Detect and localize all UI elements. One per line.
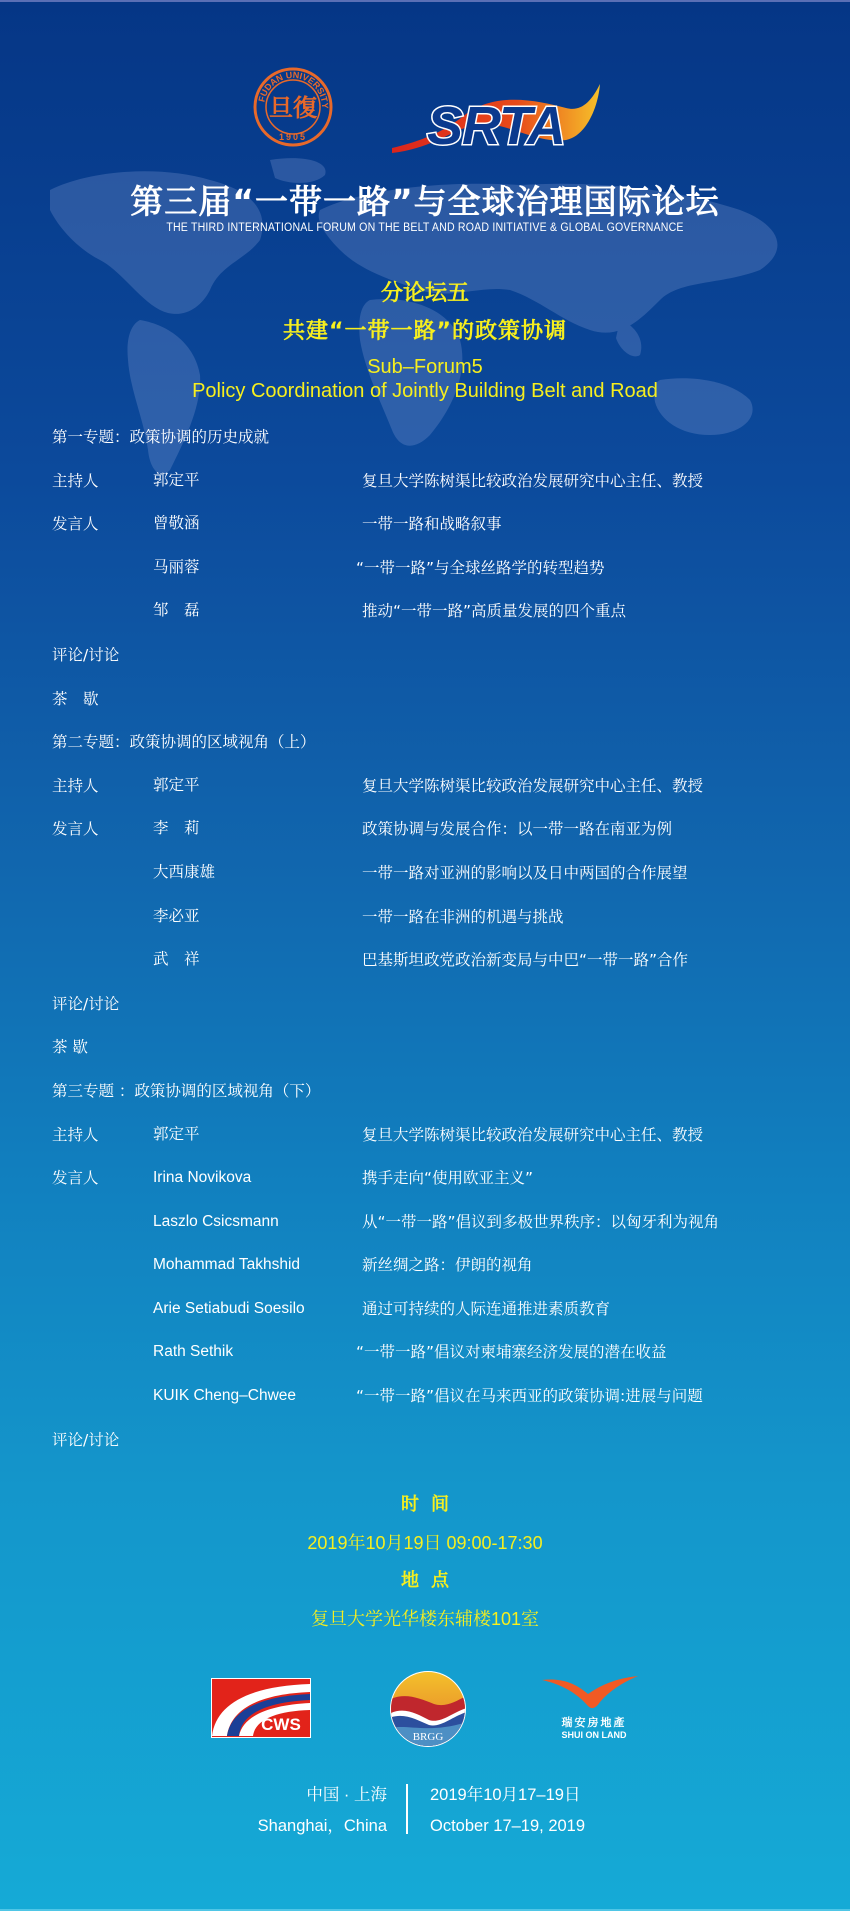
agenda-label: 茶 歇 [52, 687, 99, 711]
person-name: 曾敬涵 [153, 512, 200, 536]
talk-title: 从“一带一路”倡议到多极世界秩序：以匈牙利为视角 [362, 1210, 719, 1234]
subforum-title-en: Policy Coordination of Jointly Building … [0, 380, 850, 403]
role-label: 发言人 [52, 1166, 99, 1190]
talk-title: 一带一路对亚洲的影响以及日中两国的合作展望 [362, 861, 688, 885]
person-name: 武 祥 [153, 948, 200, 972]
brgg-logo: BRGG [389, 1670, 467, 1748]
sponsor-logos: CWS BRGG 瑞安房地產 SHUI ON LAND [0, 1670, 850, 1760]
talk-title: 一带一路和战略叙事 [362, 512, 502, 536]
person-name: 马丽蓉 [153, 556, 200, 580]
top-border [0, 0, 850, 2]
agenda-list: 第一专题：政策协调的历史成就 主持人郭定平复旦大学陈树渠比较政治发展研究中心主任… [52, 425, 832, 1471]
agenda-label: 评论/讨论 [52, 992, 119, 1016]
cws-logo: CWS [211, 1678, 311, 1738]
place-label: 地点 [0, 1569, 850, 1607]
date-cn: 2019年10月17–19日 [430, 1780, 585, 1811]
time-label: 时间 [0, 1493, 850, 1531]
talk-title: 推动“一带一路”高质量发展的四个重点 [362, 599, 626, 623]
footer-dates: 2019年10月17–19日 October 17–19, 2019 [430, 1780, 585, 1842]
agenda-row-speaker: KUIK Cheng–Chwee“一带一路”倡议在马来西亚的政策协调:进展与问题 [52, 1384, 832, 1428]
forum-title-cn: 第三届“一带一路”与全球治理国际论坛 [0, 176, 850, 223]
date-en: October 17–19, 2019 [430, 1811, 585, 1842]
agenda-label: 评论/讨论 [52, 643, 119, 667]
talk-title: “一带一路”与全球丝路学的转型趋势 [356, 556, 605, 580]
talk-title: “一带一路”倡议在马来西亚的政策协调:进展与问题 [356, 1384, 703, 1408]
shui-on-land-en: SHUI ON LAND [550, 1730, 638, 1740]
forum-title-en: THE THIRD INTERNATIONAL FORUM ON THE BEL… [34, 222, 816, 234]
talk-title: 复旦大学陈树渠比较政治发展研究中心主任、教授 [362, 469, 703, 493]
agenda-label: 第二专题：政策协调的区域视角（上） [52, 730, 316, 754]
footer-location: 中国 · 上海 Shanghai，China [258, 1780, 387, 1842]
talk-title: “一带一路”倡议对柬埔寨经济发展的潜在收益 [356, 1340, 667, 1364]
talk-title: 复旦大学陈树渠比较政治发展研究中心主任、教授 [362, 1123, 703, 1147]
agenda-row-speaker: 发言人曾敬涵一带一路和战略叙事 [52, 512, 832, 556]
agenda-row-speaker: 邹 磊推动“一带一路”高质量发展的四个重点 [52, 599, 832, 643]
agenda-row-speaker: 马丽蓉“一带一路”与全球丝路学的转型趋势 [52, 556, 832, 600]
fudan-university-logo: FUDAN UNIVERSITY 1905 旦復 [252, 66, 334, 148]
place-value: 复旦大学光华楼东辅楼101室 [0, 1607, 850, 1645]
svg-text:CWS: CWS [261, 1715, 301, 1734]
person-name: 李 莉 [153, 817, 200, 841]
header-logos: FUDAN UNIVERSITY 1905 旦復 SRTA [0, 66, 850, 166]
person-name: Irina Novikova [153, 1166, 251, 1190]
footer: 中国 · 上海 Shanghai，China 2019年10月17–19日 Oc… [0, 1780, 850, 1840]
talk-title: 巴基斯坦政党政治新变局与中巴“一带一路”合作 [362, 948, 688, 972]
location-cn: 中国 · 上海 [258, 1780, 387, 1811]
role-label: 发言人 [52, 817, 99, 841]
agenda-row-speaker: Rath Sethik“一带一路”倡议对柬埔寨经济发展的潜在收益 [52, 1340, 832, 1384]
agenda-row-break: 茶 歇 [52, 1035, 832, 1079]
agenda-row-speaker: 发言人李 莉政策协调与发展合作：以一带一路在南亚为例 [52, 817, 832, 861]
agenda-row-break: 茶 歇 [52, 687, 832, 731]
agenda-row-moderator: 主持人郭定平复旦大学陈树渠比较政治发展研究中心主任、教授 [52, 469, 832, 513]
agenda-row-speaker: Mohammad Takhshid新丝绸之路：伊朗的视角 [52, 1253, 832, 1297]
agenda-row-speaker: Laszlo Csicsmann从“一带一路”倡议到多极世界秩序：以匈牙利为视角 [52, 1210, 832, 1254]
location-en: Shanghai，China [258, 1811, 387, 1842]
person-name: Mohammad Takhshid [153, 1253, 300, 1277]
role-label: 主持人 [52, 1123, 99, 1147]
talk-title: 一带一路在非洲的机遇与挑战 [362, 905, 564, 929]
role-label: 主持人 [52, 774, 99, 798]
talk-title: 新丝绸之路：伊朗的视角 [362, 1253, 533, 1277]
shui-on-land-logo: 瑞安房地產 SHUI ON LAND [540, 1672, 640, 1752]
agenda-row-speaker: 李必亚一带一路在非洲的机遇与挑战 [52, 905, 832, 949]
agenda-section-heading: 第三专题 ：政策协调的区域视角（下） [52, 1079, 832, 1123]
subforum-number-cn: 分论坛五 [0, 276, 850, 307]
agenda-row-speaker: Arie Setiabudi Soesilo通过可持续的人际连通推进素质教育 [52, 1297, 832, 1341]
bird-icon [540, 1672, 640, 1712]
person-name: KUIK Cheng–Chwee [153, 1384, 296, 1408]
svg-text:BRGG: BRGG [413, 1731, 444, 1743]
subforum-number-en: Sub–Forum5 [0, 356, 850, 379]
agenda-row-discussion: 评论/讨论 [52, 992, 832, 1036]
person-name: Rath Sethik [153, 1340, 233, 1364]
agenda-row-speaker: 武 祥巴基斯坦政党政治新变局与中巴“一带一路”合作 [52, 948, 832, 992]
person-name: 大西康雄 [153, 861, 215, 885]
person-name: 李必亚 [153, 905, 200, 929]
person-name: 郭定平 [153, 469, 200, 493]
agenda-row-speaker: 发言人Irina Novikova携手走向“使用欧亚主义” [52, 1166, 832, 1210]
svg-text:旦復: 旦復 [269, 94, 317, 122]
svg-text:1905: 1905 [279, 132, 307, 142]
svg-text:SRTA: SRTA [427, 96, 565, 156]
talk-title: 通过可持续的人际连通推进素质教育 [362, 1297, 610, 1321]
agenda-row-discussion: 评论/讨论 [52, 1428, 832, 1472]
role-label: 发言人 [52, 512, 99, 536]
agenda-row-moderator: 主持人郭定平复旦大学陈树渠比较政治发展研究中心主任、教授 [52, 1123, 832, 1167]
footer-divider [406, 1784, 408, 1834]
agenda-section-heading: 第一专题：政策协调的历史成就 [52, 425, 832, 469]
agenda-label: 第三专题 ：政策协调的区域视角（下） [52, 1079, 320, 1103]
talk-title: 复旦大学陈树渠比较政治发展研究中心主任、教授 [362, 774, 703, 798]
agenda-row-speaker: 大西康雄一带一路对亚洲的影响以及日中两国的合作展望 [52, 861, 832, 905]
time-value: 2019年10月19日 09:00-17:30 [0, 1531, 850, 1569]
srta-logo: SRTA [386, 78, 606, 158]
person-name: Arie Setiabudi Soesilo [153, 1297, 305, 1321]
person-name: 邹 磊 [153, 599, 200, 623]
agenda-label: 第一专题：政策协调的历史成就 [52, 425, 269, 449]
shui-on-land-cn: 瑞安房地產 [554, 1714, 634, 1730]
person-name: Laszlo Csicsmann [153, 1210, 279, 1234]
talk-title: 政策协调与发展合作：以一带一路在南亚为例 [362, 817, 672, 841]
agenda-label: 评论/讨论 [52, 1428, 119, 1452]
subforum-title-cn: 共建“一带一路”的政策协调 [0, 314, 850, 345]
role-label: 主持人 [52, 469, 99, 493]
person-name: 郭定平 [153, 774, 200, 798]
agenda-section-heading: 第二专题：政策协调的区域视角（上） [52, 730, 832, 774]
agenda-label: 茶 歇 [52, 1035, 88, 1059]
person-name: 郭定平 [153, 1123, 200, 1147]
agenda-row-discussion: 评论/讨论 [52, 643, 832, 687]
event-info: 时间 2019年10月19日 09:00-17:30 地点 复旦大学光华楼东辅楼… [0, 1493, 850, 1645]
talk-title: 携手走向“使用欧亚主义” [362, 1166, 533, 1190]
agenda-row-moderator: 主持人郭定平复旦大学陈树渠比较政治发展研究中心主任、教授 [52, 774, 832, 818]
